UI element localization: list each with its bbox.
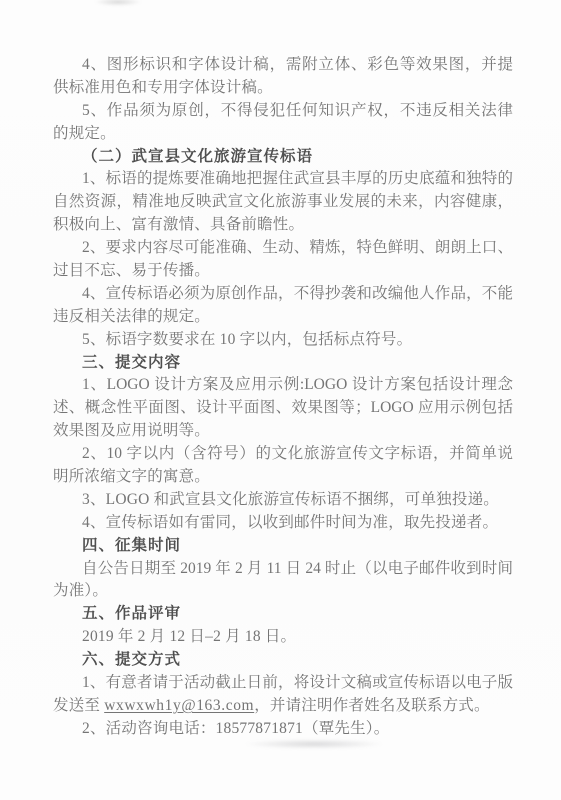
document-line: 1、有意者请于活动截止日前，将设计文稿或宣传标语以电子版 <box>53 672 513 695</box>
email-line-suffix: ，并请注明作者姓名及联系方式。 <box>254 697 490 714</box>
section-heading: 三、提交内容 <box>53 352 513 375</box>
document-line: 2、要求内容尽可能准确、生动、精炼，特色鲜明、朗朗上口、 <box>53 237 513 260</box>
document-line: 自然资源，精准地反映武宣文化旅游事业发展的未来，内容健康， <box>53 191 513 214</box>
email-line-prefix: 发送至 <box>53 697 104 714</box>
document-line: 积极向上、富有激情、具备前瞻性。 <box>53 214 513 237</box>
section-heading: （二）武宣县文化旅游宣传标语 <box>53 146 513 169</box>
scanned-document-page: 4、图形标识和字体设计稿，需附立体、彩色等效果图，并提供标准用色和专用字体设计稿… <box>0 0 561 800</box>
document-line: 明所浓缩文字的寓意。 <box>53 466 513 489</box>
document-line: 2019 年 2 月 12 日–2 月 18 日。 <box>53 626 513 649</box>
document-line: 效果图及应用说明等。 <box>53 420 513 443</box>
document-line: 发送至 wxwxwh1y@163.com，并请注明作者姓名及联系方式。 <box>53 695 513 718</box>
document-line: 为准）。 <box>53 580 513 603</box>
document-line: 述、概念性平面图、设计平面图、效果图等；LOGO 应用示例包括 <box>53 397 513 420</box>
document-line: 5、标语字数要求在 10 字以内，包括标点符号。 <box>53 329 513 352</box>
document-line: 的规定。 <box>53 123 513 146</box>
section-heading: 四、征集时间 <box>53 535 513 558</box>
document-line: 2、10 字以内（含符号）的文化旅游宣传文字标语，并简单说 <box>53 443 513 466</box>
document-line: 2、活动咨询电话：18577871871（覃先生）。 <box>53 718 513 741</box>
document-line: 4、宣传标语必须为原创作品，不得抄袭和改编他人作品，不能 <box>53 283 513 306</box>
scan-artifact-top <box>94 0 142 6</box>
document-line: 4、图形标识和字体设计稿，需附立体、彩色等效果图，并提 <box>53 54 513 77</box>
document-line: 违反相关法律的规定。 <box>53 306 513 329</box>
email-address-link[interactable]: wxwxwh1y@163.com <box>104 697 254 714</box>
document-line: 1、标语的提炼要准确地把握住武宣县丰厚的历史底蕴和独特的 <box>53 168 513 191</box>
document-line: 5、作品须为原创，不得侵犯任何知识产权，不违反相关法律 <box>53 100 513 123</box>
document-line: 自公告日期至 2019 年 2 月 11 日 24 时止（以电子邮件收到时间 <box>53 558 513 581</box>
document-line: 过目不忘、易于传播。 <box>53 260 513 283</box>
document-text-block: 4、图形标识和字体设计稿，需附立体、彩色等效果图，并提供标准用色和专用字体设计稿… <box>53 54 513 741</box>
document-line: 供标准用色和专用字体设计稿。 <box>53 77 513 100</box>
document-line: 3、LOGO 和武宣县文化旅游宣传标语不捆绑，可单独投递。 <box>53 489 513 512</box>
document-line: 1、LOGO 设计方案及应用示例:LOGO 设计方案包括设计理念阐 <box>53 374 513 397</box>
section-heading: 六、提交方式 <box>53 649 513 672</box>
document-line: 4、宣传标语如有雷同，以收到邮件时间为准，取先投递者。 <box>53 512 513 535</box>
section-heading: 五、作品评审 <box>53 603 513 626</box>
